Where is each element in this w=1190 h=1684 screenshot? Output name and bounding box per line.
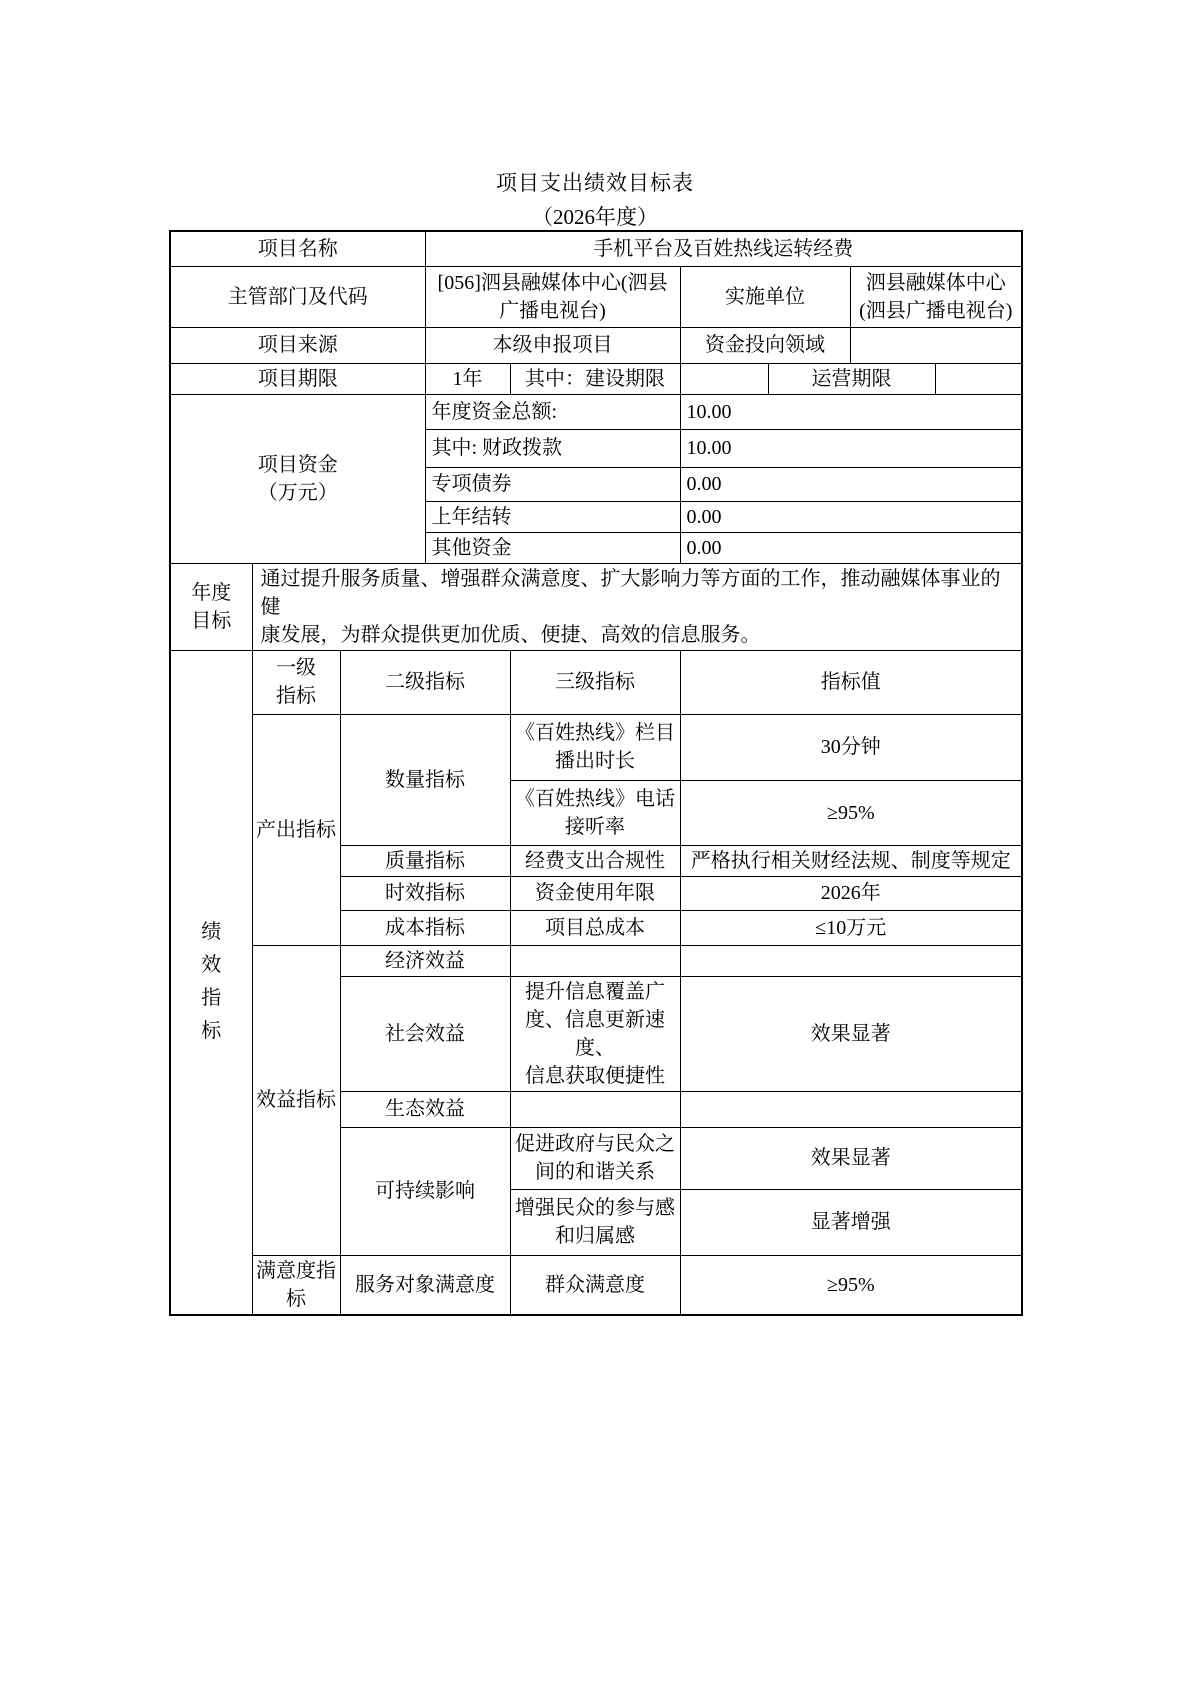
- row-perf-header: 绩 效 指 标 一级 指标 二级指标 三级指标 指标值: [170, 650, 1022, 714]
- row-department: 主管部门及代码 [056]泗县融媒体中心(泗县 广播电视台) 实施单位 泗县融媒…: [170, 266, 1022, 327]
- document-page: { "doc": { "title": "项目支出绩效目标表", "subtit…: [0, 0, 1190, 1684]
- value-fund-direction: [850, 327, 1022, 363]
- cell-l3-broadcast-duration: 《百姓热线》栏目 播出时长: [510, 714, 680, 780]
- cell-l3-economic: [510, 945, 680, 976]
- cell-l2-ecological: 生态效益: [340, 1091, 510, 1127]
- label-project-period: 项目期限: [170, 363, 425, 394]
- row-output-quantity-1: 产出指标 数量指标 《百姓热线》栏目 播出时长 30分钟: [170, 714, 1022, 780]
- header-level3: 三级指标: [510, 650, 680, 714]
- cell-l2-service-satisfaction: 服务对象满意度: [340, 1255, 510, 1315]
- row-project-name: 项目名称 手机平台及百姓热线运转经费: [170, 231, 1022, 266]
- value-department: [056]泗县融媒体中心(泗县 广播电视台): [425, 266, 680, 327]
- cell-value-social: 效果显著: [680, 976, 1022, 1091]
- label-fund-annual-total: 年度资金总额:: [425, 394, 680, 429]
- cell-value-economic: [680, 945, 1022, 976]
- label-department: 主管部门及代码: [170, 266, 425, 327]
- label-project-funds: 项目资金 （万元）: [170, 394, 425, 563]
- cell-value-public-satisfaction: ≥95%: [680, 1255, 1022, 1315]
- label-project-source: 项目来源: [170, 327, 425, 363]
- cell-l3-expense-compliance: 经费支出合规性: [510, 845, 680, 876]
- label-performance-indicators: 绩 效 指 标: [170, 650, 252, 1315]
- value-operate-period: [935, 363, 1022, 394]
- value-build-period: [680, 363, 768, 394]
- value-annual-goal: 通过提升服务质量、增强群众满意度、扩大影响力等方面的工作，推动融媒体事业的健 康…: [252, 563, 1022, 650]
- cell-l1-satisfaction: 满意度指 标: [252, 1255, 340, 1315]
- value-fund-other: 0.00: [680, 532, 1022, 563]
- label-fund-direction: 资金投向领域: [680, 327, 850, 363]
- performance-target-table: 项目名称 手机平台及百姓热线运转经费 主管部门及代码 [056]泗县融媒体中心(…: [169, 230, 1023, 1316]
- cell-l2-quality: 质量指标: [340, 845, 510, 876]
- cell-l1-output: 产出指标: [252, 714, 340, 945]
- cell-value-harmony: 效果显著: [680, 1127, 1022, 1189]
- cell-l1-benefit: 效益指标: [252, 945, 340, 1255]
- header-level1: 一级 指标: [252, 650, 340, 714]
- cell-l3-answer-rate: 《百姓热线》电话 接听率: [510, 780, 680, 845]
- cell-l2-social: 社会效益: [340, 976, 510, 1091]
- cell-l3-fund-use-period: 资金使用年限: [510, 876, 680, 910]
- label-build-period: 其中：建设期限: [510, 363, 680, 394]
- label-fund-bond: 专项债券: [425, 467, 680, 501]
- cell-l2-sustainable: 可持续影响: [340, 1127, 510, 1255]
- label-fund-carryover: 上年结转: [425, 501, 680, 532]
- value-fund-bond: 0.00: [680, 467, 1022, 501]
- doc-subtitle: （2026年度）: [0, 204, 1190, 230]
- row-period: 项目期限 1年 其中：建设期限 运营期限: [170, 363, 1022, 394]
- label-fund-other: 其他资金: [425, 532, 680, 563]
- value-project-name: 手机平台及百姓热线运转经费: [425, 231, 1022, 266]
- label-operate-period: 运营期限: [768, 363, 935, 394]
- cell-l3-participation: 增强民众的参与感 和归属感: [510, 1189, 680, 1255]
- cell-l3-social: 提升信息覆盖广 度、信息更新速度、 信息获取便捷性: [510, 976, 680, 1091]
- value-fund-annual-total: 10.00: [680, 394, 1022, 429]
- cell-l2-cost: 成本指标: [340, 910, 510, 945]
- header-level2: 二级指标: [340, 650, 510, 714]
- value-implementing-unit: 泗县融媒体中心 (泗县广播电视台): [850, 266, 1022, 327]
- label-fund-fiscal: 其中: 财政拨款: [425, 429, 680, 467]
- cell-l3-harmony: 促进政府与民众之 间的和谐关系: [510, 1127, 680, 1189]
- row-annual-goal: 年度 目标 通过提升服务质量、增强群众满意度、扩大影响力等方面的工作，推动融媒体…: [170, 563, 1022, 650]
- label-project-name: 项目名称: [170, 231, 425, 266]
- cell-l3-ecological: [510, 1091, 680, 1127]
- cell-value-expense-compliance: 严格执行相关财经法规、制度等规定: [680, 845, 1022, 876]
- cell-l2-timeliness: 时效指标: [340, 876, 510, 910]
- cell-value-answer-rate: ≥95%: [680, 780, 1022, 845]
- row-source: 项目来源 本级申报项目 资金投向领域: [170, 327, 1022, 363]
- cell-l3-total-cost: 项目总成本: [510, 910, 680, 945]
- value-fund-carryover: 0.00: [680, 501, 1022, 532]
- cell-l2-economic: 经济效益: [340, 945, 510, 976]
- cell-value-total-cost: ≤10万元: [680, 910, 1022, 945]
- row-fund-total: 项目资金 （万元） 年度资金总额: 10.00: [170, 394, 1022, 429]
- row-benefit-economic: 效益指标 经济效益: [170, 945, 1022, 976]
- cell-l3-public-satisfaction: 群众满意度: [510, 1255, 680, 1315]
- header-indicator-value: 指标值: [680, 650, 1022, 714]
- cell-value-fund-use-period: 2026年: [680, 876, 1022, 910]
- cell-l2-quantity: 数量指标: [340, 714, 510, 845]
- label-implementing-unit: 实施单位: [680, 266, 850, 327]
- value-project-period: 1年: [425, 363, 510, 394]
- value-fund-fiscal: 10.00: [680, 429, 1022, 467]
- value-project-source: 本级申报项目: [425, 327, 680, 363]
- doc-title: 项目支出绩效目标表: [0, 170, 1190, 196]
- row-satisfaction: 满意度指 标 服务对象满意度 群众满意度 ≥95%: [170, 1255, 1022, 1315]
- cell-value-broadcast-duration: 30分钟: [680, 714, 1022, 780]
- label-annual-goal: 年度 目标: [170, 563, 252, 650]
- cell-value-ecological: [680, 1091, 1022, 1127]
- cell-value-participation: 显著增强: [680, 1189, 1022, 1255]
